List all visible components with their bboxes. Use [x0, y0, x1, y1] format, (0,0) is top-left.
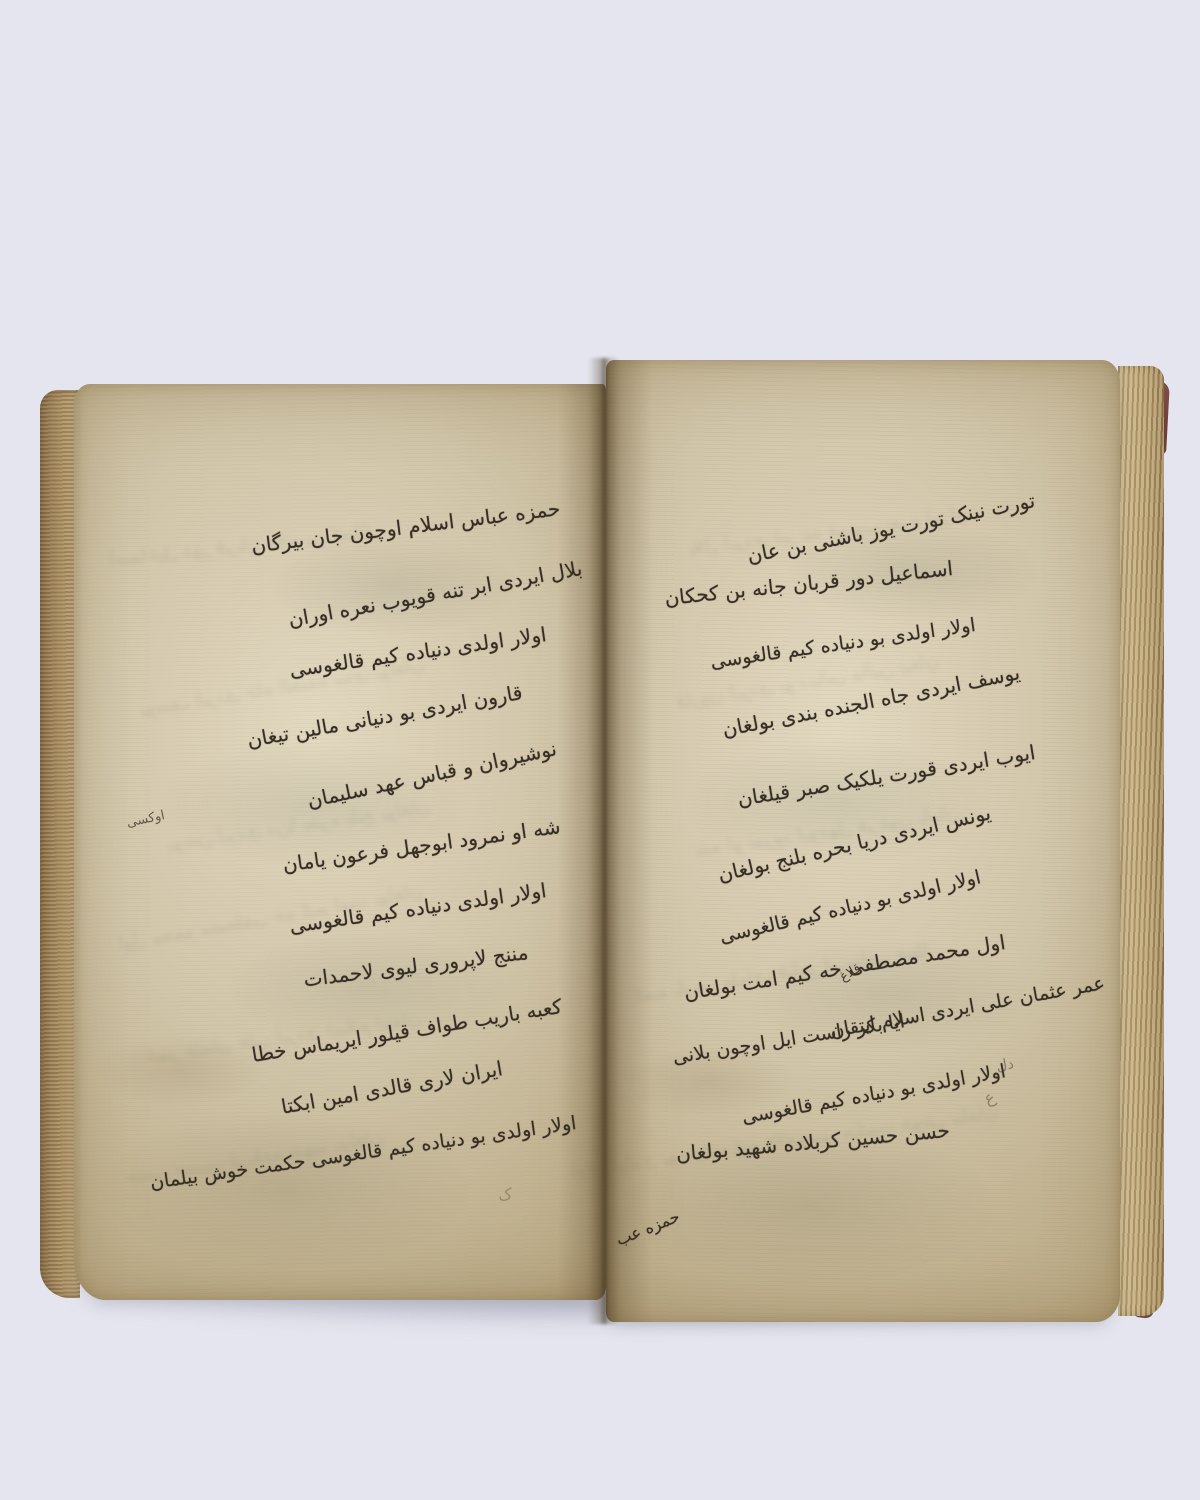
verse-line: اسماعیل دور قربان جانه بن کحکان	[663, 556, 954, 610]
margin-note: اوکسی	[125, 808, 166, 831]
left-page: اسماعیل دور قربان جانه بن کحکان یوسف ایر…	[74, 384, 606, 1300]
verse-line: اولار اولدی بو دنیاده کیم قالغوسی	[717, 866, 982, 948]
verse-line: ایوب ایردی قورت یلکیک صبر قیلغان	[736, 740, 1037, 811]
verse-line: ایا بکر راست ایل اوچون بلانی	[672, 1010, 907, 1068]
verse-line: بلال ایردی ابر تنه قویوب نعره اوران	[287, 556, 584, 631]
book-gutter	[588, 358, 620, 1324]
verse-line: حمزه عباس اسلام اوچون جان بیرگان	[250, 496, 562, 558]
right-page-stack-edge	[1118, 366, 1164, 1316]
verse-line: ایران لاری قالدی امین ابکتا	[279, 1056, 504, 1119]
verse-line: مننج لاپروری لیوی لاحمدات	[302, 940, 529, 991]
right-page: بلال ایردی ابر تنه قویوب نعره اوران قارو…	[606, 360, 1120, 1322]
margin-note: دل	[995, 1054, 1015, 1075]
faint-mark: ک	[497, 1184, 514, 1205]
verse-line: نوشیروان و قباس عهد سلیمان	[305, 736, 559, 812]
catchword: حمزه عب	[613, 1207, 682, 1250]
photograph: اسماعیل دور قربان جانه بن کحکان یوسف ایر…	[0, 0, 1200, 1500]
